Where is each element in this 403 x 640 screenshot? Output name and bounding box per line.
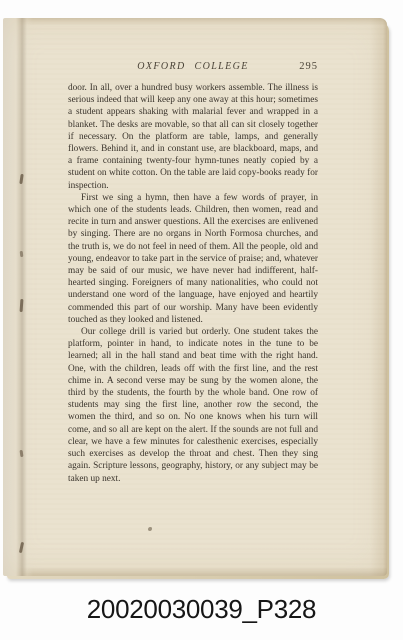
scanned-book-photo: OXFORD COLLEGE 295 door. In all, over a … — [0, 0, 403, 640]
page-number: 295 — [299, 61, 318, 72]
paragraph: door. In all, over a hundred busy worker… — [68, 82, 318, 192]
binding-stitch-mark — [20, 251, 24, 257]
binding-stitch-mark — [19, 174, 23, 184]
binding-stitch-mark — [20, 299, 24, 312]
page-header: OXFORD COLLEGE 295 — [68, 61, 318, 75]
paragraph: Our college drill is varied but orderly.… — [68, 326, 318, 485]
binding-stitch-mark — [20, 450, 24, 457]
paragraph: First we sing a hymn, then have a few wo… — [68, 192, 318, 326]
binding-stitch-mark — [19, 542, 24, 553]
book-page: OXFORD COLLEGE 295 door. In all, over a … — [3, 18, 387, 576]
text-block: door. In all, over a hundred busy worker… — [68, 82, 318, 485]
paper-speck — [148, 527, 152, 531]
binding-crease — [16, 18, 27, 576]
running-title: OXFORD COLLEGE — [68, 61, 318, 72]
catalog-number-caption: 20020030039_P328 — [0, 594, 403, 625]
